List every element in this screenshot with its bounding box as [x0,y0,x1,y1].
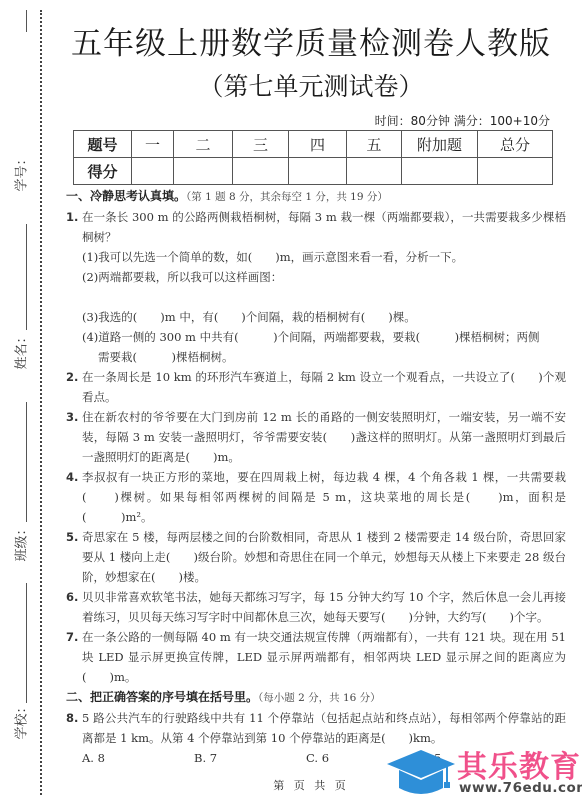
score-cell-3[interactable] [233,158,289,185]
section-4-header: 四 [289,131,347,158]
section-5-header: 五 [347,131,402,158]
question-text: 住在新农村的爷爷要在大门到房前 12 m 长的甬路的一侧安装照明灯，一端安装，另… [82,407,566,467]
question-4: 4. 李叔叔有一块正方形的菜地，要在四周栽上树，每边栽 4 棵，4 个角各栽 1… [66,467,566,527]
student-id-line[interactable] [26,224,27,330]
score-table: 题号 一 二 三 四 五 附加题 总分 得分 [73,130,553,185]
exam-time-score: 时间：80分钟 满分：100+10分 [375,112,550,129]
question-number: 6. [66,587,82,627]
score-label: 得分 [74,158,132,185]
class-label: 班级： [11,538,30,562]
question-number: 1. [66,207,82,247]
student-name-label: 姓名： [11,346,30,370]
section-1-header: 一 [132,131,174,158]
question-number: 4. [66,467,82,527]
score-cell-1[interactable] [132,158,174,185]
score-cell-total[interactable] [478,158,553,185]
exam-title: 五年级上册数学质量检测卷人教版 [0,18,582,63]
choice-a[interactable]: A. 8 [82,748,194,768]
watermark-logo: 其乐教育 www.76edu.com [385,742,582,800]
question-number-header: 题号 [74,131,132,158]
question-1-sub-1: (1)我可以先选一个简单的数，如( )m，画示意图来看一看，分析一下。 [66,247,566,267]
class-line[interactable] [26,583,27,703]
drawing-area[interactable] [66,287,566,307]
question-1-sub-4: (4)道路一侧的 300 m 中共有( )个间隔，两端都要栽，要栽( )棵梧桐树… [66,327,566,347]
score-table-header-row: 题号 一 二 三 四 五 附加题 总分 [74,131,553,158]
section-2-header: 二 [174,131,233,158]
section-2-title: 二、把正确答案的序号填在括号里。 [66,690,258,704]
question-text: 贝贝非常喜欢软笔书法，她每天都练习写字，每 15 分钟大约写 10 个字，然后休… [82,587,566,627]
question-5: 5. 奇思家在 5 楼，每两层楼之间的台阶数相同，奇思从 1 楼到 2 楼需要走… [66,527,566,587]
question-1: 1. 在一条长 300 m 的公路两侧栽梧桐树，每隔 3 m 栽一棵（两端都要栽… [66,207,566,247]
question-text: 奇思家在 5 楼，每两层楼之间的台阶数相同，奇思从 1 楼到 2 楼需要走 14… [82,527,566,587]
question-1-sub-4-cont: 需要栽( )棵梧桐树。 [66,347,566,367]
section-2-note: （每小题 2 分，共 16 分） [258,692,381,704]
question-1-sub-2: (2)两端都要栽，所以我可以这样画图： [66,267,566,287]
exam-subtitle: （第七单元测试卷） [0,67,582,103]
exam-content: 一、冷静思考认真填。（第 1 题 8 分，其余每空 1 分，共 19 分） 1.… [66,186,566,768]
score-table-score-row: 得分 [74,158,553,185]
question-text: 在一条公路的一侧每隔 40 m 有一块交通法规宣传牌（两端都有），一共有 121… [82,627,566,687]
choice-b[interactable]: B. 7 [194,748,306,768]
score-cell-bonus[interactable] [402,158,478,185]
question-text: 在一条周长是 10 km 的环形汽车赛道上，每隔 2 km 设立一个观看点，一共… [82,367,566,407]
binding-cut-line [40,10,42,795]
student-id-label: 学号： [11,168,30,192]
question-2: 2. 在一条周长是 10 km 的环形汽车赛道上，每隔 2 km 设立一个观看点… [66,367,566,407]
section-3-header: 三 [233,131,289,158]
score-cell-2[interactable] [174,158,233,185]
watermark-url: www.76edu.com [459,780,582,796]
question-1-sub-3: (3)我选的( )m 中，有( )个间隔，栽的梧桐树有( )棵。 [66,307,566,327]
question-number: 5. [66,527,82,587]
graduation-cap-icon [385,746,457,798]
student-name-line[interactable] [26,402,27,522]
bonus-header: 附加题 [402,131,478,158]
section-2-heading: 二、把正确答案的序号填在括号里。（每小题 2 分，共 16 分） [66,687,566,708]
score-cell-4[interactable] [289,158,347,185]
question-3: 3. 住在新农村的爷爷要在大门到房前 12 m 长的甬路的一侧安装照明灯，一端安… [66,407,566,467]
question-text: 李叔叔有一块正方形的菜地，要在四周栽上树，每边栽 4 棵，4 个角各栽 1 棵，… [82,467,566,527]
question-number: 2. [66,367,82,407]
question-7: 7. 在一条公路的一侧每隔 40 m 有一块交通法规宣传牌（两端都有），一共有 … [66,627,566,687]
question-number: 8. [66,708,82,748]
question-6: 6. 贝贝非常喜欢软笔书法，她每天都练习写字，每 15 分钟大约写 10 个字，… [66,587,566,627]
section-1-heading: 一、冷静思考认真填。（第 1 题 8 分，其余每空 1 分，共 19 分） [66,186,566,207]
school-label: 学校： [11,716,30,740]
question-text: 在一条长 300 m 的公路两侧栽梧桐树，每隔 3 m 栽一棵（两端都要栽），一… [82,207,566,247]
total-header: 总分 [478,131,553,158]
score-cell-5[interactable] [347,158,402,185]
question-number: 3. [66,407,82,467]
section-1-title: 一、冷静思考认真填。 [66,189,186,203]
question-number: 7. [66,627,82,687]
section-1-note: （第 1 题 8 分，其余每空 1 分，共 19 分） [186,191,388,203]
